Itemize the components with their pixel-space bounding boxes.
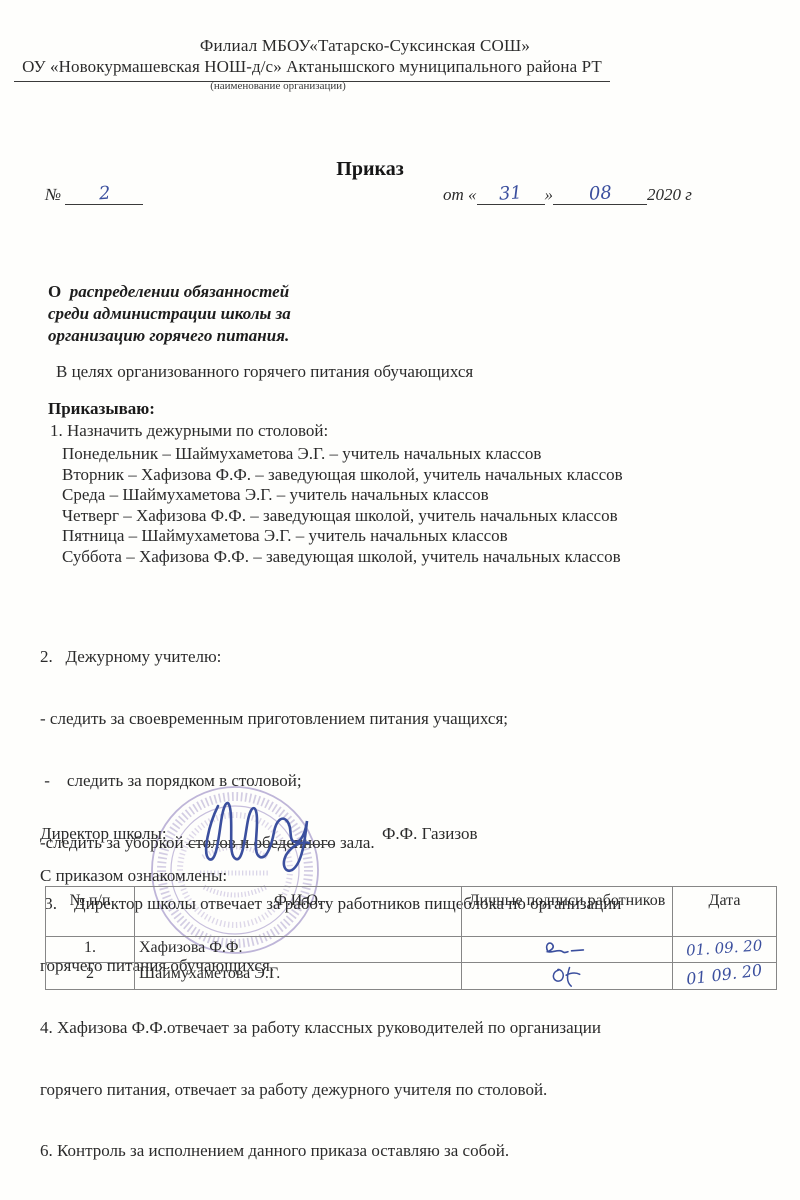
- col-header-date: Дата: [673, 887, 777, 937]
- date-day-handwritten: 31: [498, 183, 522, 205]
- row-name: Шаймухаметова Э.Г.: [135, 963, 462, 990]
- row-signature: [462, 937, 673, 963]
- order-number: № 2: [45, 184, 143, 205]
- row-name: Хафизова Ф.Ф.: [135, 937, 462, 963]
- date-quote-close: »: [545, 185, 554, 204]
- item1-heading: 1. Назначить дежурными по столовой:: [50, 421, 328, 441]
- duty-line: Среда – Шаймухаметова Э.Г. – учитель нач…: [62, 485, 623, 506]
- director-signature-line: [186, 844, 334, 845]
- order-date: от «31»082020 г: [443, 184, 692, 205]
- subject-line3: организацию горячего питания.: [48, 325, 291, 347]
- number-blank: 2: [65, 184, 143, 205]
- decree-item-line: 2. Дежурному учителю:: [40, 647, 770, 668]
- subject-line2: среди администрации школы за: [48, 303, 291, 325]
- number-handwritten: 2: [98, 184, 111, 205]
- decree-item-line: 6. Контроль за исполнением данного прика…: [40, 1141, 770, 1162]
- decree-item-line: - следить за порядком в столовой;: [40, 771, 770, 792]
- signature-scribble: [547, 965, 587, 987]
- date-month-blank: 08: [553, 184, 647, 205]
- duty-line: Четверг – Хафизова Ф.Ф. – заведующая шко…: [62, 506, 623, 527]
- director-label: Директор школы:: [40, 824, 167, 844]
- order-subject: О распределении обязанностей среди админ…: [48, 281, 291, 347]
- row-num: 2: [46, 963, 135, 990]
- intro-sentence: В целях организованного горячего питания…: [56, 362, 473, 382]
- table-row: 1. Хафизова Ф.Ф. 01. 09. 20: [46, 937, 777, 963]
- decree-item-line: горячего питания, отвечает за работу деж…: [40, 1080, 770, 1101]
- duty-line: Вторник – Хафизова Ф.Ф. – заведующая шко…: [62, 465, 623, 486]
- acknowledgement-table: № п/п Ф.И.О. Личные подписи работников Д…: [45, 886, 777, 990]
- row-signature: [462, 963, 673, 990]
- duty-line: Суббота – Хафизова Ф.Ф. – заведующая шко…: [62, 547, 623, 568]
- document-page: Филиал МБОУ«Татарско-Суксинская СОШ» ОУ …: [0, 0, 800, 1200]
- order-title: Приказ: [0, 158, 740, 181]
- org-header-line1: Филиал МБОУ«Татарско-Суксинская СОШ»: [0, 36, 730, 56]
- row-num: 1.: [46, 937, 135, 963]
- decree-heading: Приказываю:: [48, 399, 155, 419]
- director-name: Ф.Ф. Газизов: [382, 824, 478, 844]
- subject-prefix: О: [48, 282, 61, 301]
- col-header-name: Ф.И.О.: [135, 887, 462, 937]
- duty-line: Пятница – Шаймухаметова Э.Г. – учитель н…: [62, 526, 623, 547]
- acknowledged-label: С приказом ознакомлены:: [40, 866, 227, 886]
- date-day-blank: 31: [477, 184, 545, 205]
- date-year: 2020 г: [647, 185, 692, 204]
- date-prefix: от «: [443, 185, 477, 204]
- duty-line: Понедельник – Шаймухаметова Э.Г. – учите…: [62, 444, 623, 465]
- row-date: 01. 09. 20: [673, 937, 777, 963]
- decree-item-line: 4. Хафизова Ф.Ф.отвечает за работу класс…: [40, 1018, 770, 1039]
- date-month-handwritten: 08: [588, 183, 612, 205]
- duty-schedule-list: Понедельник – Шаймухаметова Э.Г. – учите…: [62, 444, 623, 568]
- signature-scribble: [539, 939, 595, 959]
- col-header-num: № п/п: [46, 887, 135, 937]
- col-header-signature: Личные подписи работников: [462, 887, 673, 937]
- org-header-line2: ОУ «Новокурмашевская НОШ-д/с» Актанышско…: [14, 57, 610, 82]
- number-label: №: [45, 185, 61, 204]
- row-date: 01 09. 20: [673, 963, 777, 990]
- table-row: 2 Шаймухаметова Э.Г. 01 09. 20: [46, 963, 777, 990]
- decree-item-line: - следить за своевременным приготовление…: [40, 709, 770, 730]
- subject-line1: распределении обязанностей: [70, 282, 289, 301]
- table-header-row: № п/п Ф.И.О. Личные подписи работников Д…: [46, 887, 777, 937]
- org-header-caption: (наименование организации): [14, 80, 542, 92]
